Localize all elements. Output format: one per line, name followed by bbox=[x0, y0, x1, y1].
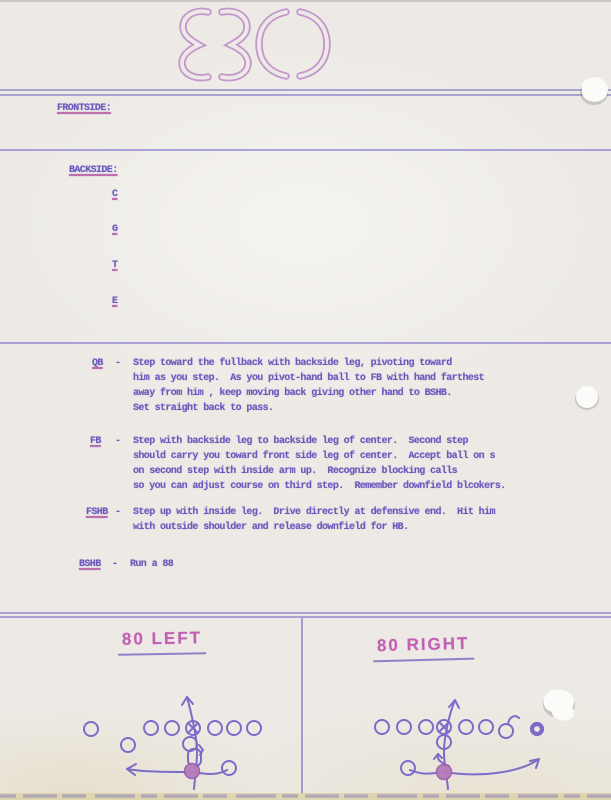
paper-hole bbox=[582, 77, 608, 102]
position-tackle: T bbox=[112, 258, 117, 273]
text-line: Run a 88 bbox=[130, 557, 173, 572]
sweep-right-path bbox=[410, 759, 539, 774]
assignment-dash: - bbox=[115, 505, 120, 520]
halfback-marker bbox=[222, 761, 236, 775]
end-release-hook bbox=[508, 716, 519, 724]
position-guard: G bbox=[112, 222, 117, 237]
text-line: away from him , keep moving back giving … bbox=[133, 386, 484, 401]
diagram-title-80-left: 80 LEFT bbox=[118, 628, 207, 656]
paper-holes bbox=[543, 77, 608, 720]
end-marker bbox=[499, 724, 513, 738]
text-line: Step up with inside leg. Drive directly … bbox=[133, 505, 495, 520]
assignment-label: BSHB bbox=[79, 557, 101, 572]
offensive-line bbox=[375, 716, 542, 738]
assignment-text: Step up with inside leg. Drive directly … bbox=[133, 505, 495, 535]
play-diagram-80-right bbox=[375, 700, 542, 789]
assignment-text: Step with backside leg to backside leg o… bbox=[133, 434, 506, 494]
text-line: on second step with inside arm up. Recog… bbox=[133, 464, 506, 479]
scan-edge bbox=[0, 0, 611, 2]
frontside-heading: FRONTSIDE: bbox=[57, 101, 111, 116]
position-end: E bbox=[112, 294, 117, 309]
halfback-marker bbox=[401, 761, 415, 775]
assignment-label: QB bbox=[92, 356, 103, 371]
stencil-number-80 bbox=[182, 11, 327, 77]
backside-heading: BACKSIDE: bbox=[69, 163, 118, 178]
paper-hole bbox=[544, 689, 575, 720]
text-line: Set straight back to pass. bbox=[133, 401, 484, 416]
assignment-label: FSHB bbox=[86, 505, 108, 520]
text-line: with outside shoulder and release downfi… bbox=[133, 520, 495, 535]
assignment-dash: - bbox=[115, 434, 120, 449]
assignment-dash: - bbox=[115, 356, 120, 371]
sweep-left-path bbox=[127, 769, 227, 774]
text-line: Step toward the fullback with backside l… bbox=[133, 356, 484, 371]
split-end-marker bbox=[84, 722, 98, 736]
text-line: should carry you toward front side leg o… bbox=[133, 449, 506, 464]
text-line: him as you step. As you pivot-hand ball … bbox=[133, 371, 484, 386]
paper-hole bbox=[576, 386, 598, 408]
diagram-title-80-right: 80 RIGHT bbox=[373, 634, 474, 663]
assignment-text: Step toward the fullback with backside l… bbox=[133, 356, 484, 416]
scanned-playbook-page: FRONTSIDE: BACKSIDE: C G T E QB - Step t… bbox=[0, 0, 611, 800]
split-end-marker bbox=[532, 724, 542, 734]
play-diagram-80-left bbox=[84, 697, 261, 789]
bottom-edge-strip bbox=[0, 793, 611, 800]
position-center: C bbox=[112, 187, 117, 202]
fullback-marker bbox=[437, 765, 452, 780]
assignment-dash: - bbox=[112, 557, 117, 572]
text-line: so you can adjust course on third step. … bbox=[133, 479, 506, 494]
wingback-marker bbox=[121, 738, 135, 752]
offensive-line bbox=[84, 721, 261, 736]
assignment-label: FB bbox=[90, 434, 101, 449]
quarterback-marker bbox=[183, 737, 197, 751]
fullback-marker bbox=[185, 764, 200, 779]
assignment-text: Run a 88 bbox=[130, 557, 173, 572]
text-line: Step with backside leg to backside leg o… bbox=[133, 434, 506, 449]
